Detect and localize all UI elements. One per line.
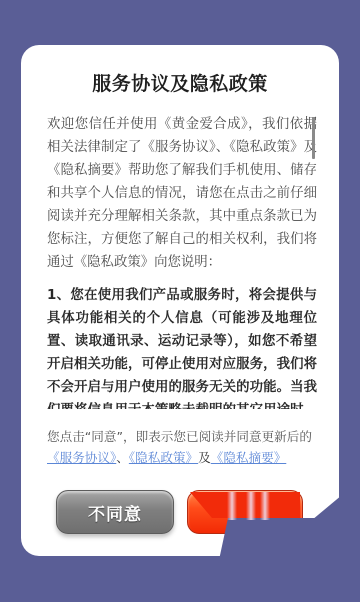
policy-point-1-text: 1、您在使用我们产品或服务时，将会提供与具体功能相关的个人信息（可能涉及地理位置… xyxy=(47,284,317,409)
render-artifact xyxy=(227,492,237,520)
separator: 及 xyxy=(198,450,211,465)
scrollbar[interactable] xyxy=(312,117,315,159)
link-privacy-summary[interactable]: 《隐私摘要》 xyxy=(211,450,287,465)
separator: 、 xyxy=(116,450,129,465)
render-artifact xyxy=(210,518,360,602)
render-artifact xyxy=(260,492,270,520)
policy-intro-text: 欢迎您信任并使用《黄金爱合成》，我们依据相关法律制定了《服务协议》、《隐私政策》… xyxy=(47,113,317,274)
consent-text: 您点击“同意”，即表示您已阅读并同意更新后的 xyxy=(47,429,312,444)
disagree-button[interactable]: 不同意 xyxy=(56,490,174,534)
link-privacy-policy[interactable]: 《隐私政策》 xyxy=(129,450,198,465)
link-service-agreement[interactable]: 《服务协议》 xyxy=(47,450,116,465)
privacy-dialog: 服务协议及隐私政策 欢迎您信任并使用《黄金爱合成》，我们依据相关法律制定了《服务… xyxy=(21,45,339,556)
consent-statement: 您点击“同意”，即表示您已阅读并同意更新后的 《服务协议》、《隐私政策》及《隐私… xyxy=(47,426,322,468)
policy-text-scroll-area[interactable]: 欢迎您信任并使用《黄金爱合成》，我们依据相关法律制定了《服务协议》、《隐私政策》… xyxy=(47,113,317,409)
dialog-title: 服务协议及隐私政策 xyxy=(21,69,339,96)
render-artifact xyxy=(246,492,256,520)
